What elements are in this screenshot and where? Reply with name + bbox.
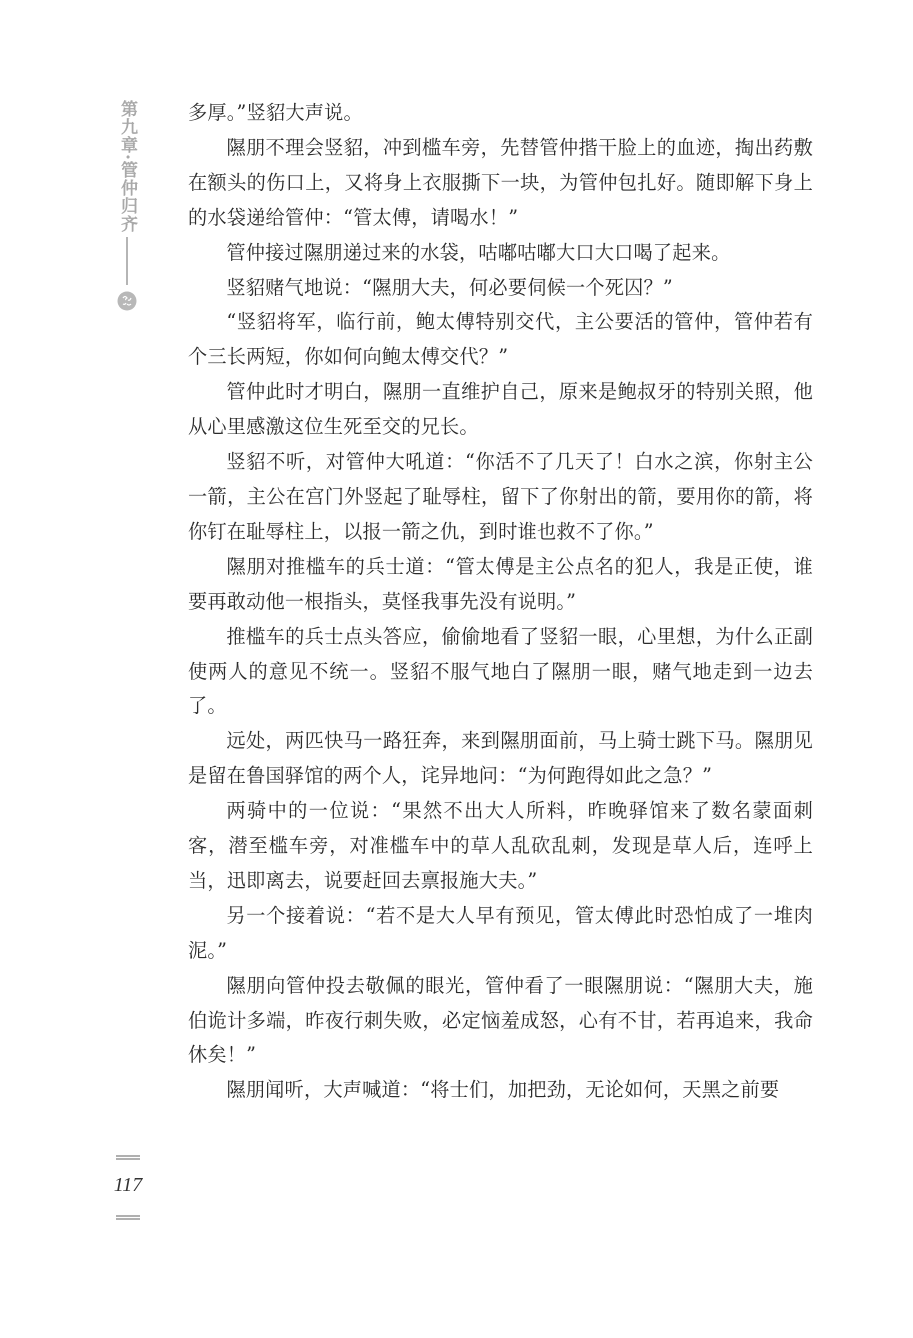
paragraph: 隰朋向管仲投去敬佩的眼光，管仲看了一眼隰朋说：“隰朋大夫，施伯诡计多端，昨夜行刺… [188,969,813,1074]
paragraph: “竖貂将军，临行前，鲍太傅特别交代，主公要活的管仲，管仲若有个三长两短，你如何向… [188,305,813,375]
divider [126,237,128,285]
paragraph: 管仲此时才明白，隰朋一直维护自己，原来是鲍叔牙的特别关照，他从心里感激这位生死至… [188,375,813,445]
running-head-vertical: 第九章·管仲归齐 [116,100,138,311]
paragraph: 隰朋闻听，大声喊道：“将士们，加把劲，无论如何，天黑之前要 [188,1073,813,1108]
swirl-medallion-icon [117,291,137,311]
paragraph: 隰朋对推槛车的兵士道：“管太傅是主公点名的犯人，我是正使，谁要再敢动他一根指头，… [188,550,813,620]
paragraph: 竖貂赌气地说：“隰朋大夫，何必要伺候一个死囚？” [188,271,813,306]
chapter-title: 第九章·管仲归齐 [117,100,137,233]
paragraph: 远处，两匹快马一路狂奔，来到隰朋面前，马上骑士跳下马。隰朋见是留在鲁国驿馆的两个… [188,724,813,794]
paragraph: 推槛车的兵士点头答应，偷偷地看了竖貂一眼，心里想，为什么正副使两人的意见不统一。… [188,620,813,725]
paragraph: 隰朋不理会竖貂，冲到槛车旁，先替管仲揩干脸上的血迹，掏出药敷在额头的伤口上，又将… [188,131,813,236]
paragraph: 竖貂不听，对管仲大吼道：“你活不了几天了！白水之滨，你射主公一箭，主公在宫门外竖… [188,445,813,550]
folio-rule-bottom [116,1215,140,1220]
body-text: 多厚。”竖貂大声说。 隰朋不理会竖貂，冲到槛车旁，先替管仲揩干脸上的血迹，掏出药… [188,96,813,1108]
page-number: 117 [114,1174,143,1197]
paragraph: 两骑中的一位说：“果然不出大人所料，昨晚驿馆来了数名蒙面刺客，潜至槛车旁，对准槛… [188,794,813,899]
paragraph: 管仲接过隰朋递过来的水袋，咕嘟咕嘟大口大口喝了起来。 [188,236,813,271]
paragraph: 另一个接着说：“若不是大人早有预见，管太傅此时恐怕成了一堆肉泥。” [188,899,813,969]
paragraph: 多厚。”竖貂大声说。 [188,96,813,131]
folio-rule-top [116,1155,140,1160]
page-folio: 117 [110,1155,146,1220]
